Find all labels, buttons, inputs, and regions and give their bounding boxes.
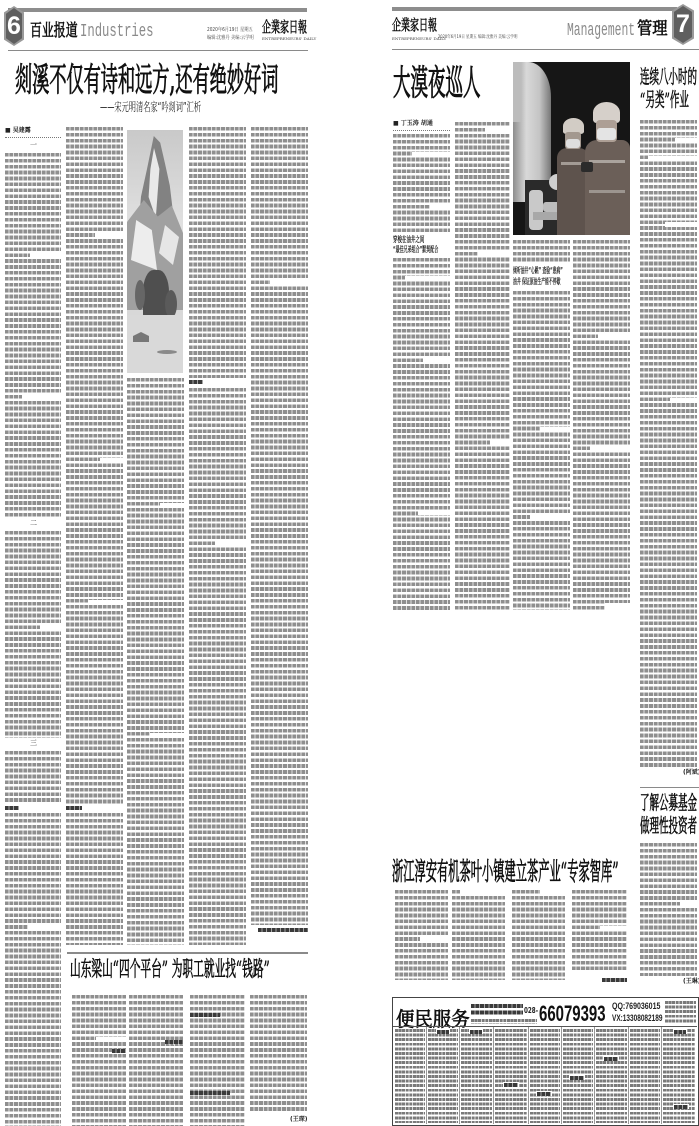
paragraph-end (530, 515, 570, 520)
bold-phrase (165, 1040, 183, 1045)
poet-subhead (66, 806, 82, 811)
bottom-article-headline: 山东梁山“四个平台” 为职工就业找“钱路” (70, 958, 270, 979)
article-text-column (452, 890, 505, 980)
masthead-logo: 企業家日報 (392, 18, 437, 33)
article-text-column (189, 388, 246, 945)
paragraph-end (540, 427, 570, 432)
classified-column (461, 1029, 492, 1123)
article-text-column (127, 378, 184, 945)
byline: ■ 丁玉涛 胡通 (393, 121, 433, 127)
side-article-credit: (阿斌) (683, 770, 699, 776)
section-title-en: Management (567, 22, 635, 40)
main-subheadline: ——宋元明清名家“吟剡词”汇析 (100, 101, 201, 113)
landscape-painting-image (127, 130, 183, 373)
byline-underline (5, 137, 61, 138)
classified-ad-box: 便民服务 028- 66079393 QQ:769036015 VX:13308… (392, 997, 699, 1126)
paragraph-end (590, 445, 630, 450)
classified-column (530, 1029, 560, 1123)
classified-column (428, 1029, 458, 1123)
paragraph-end (405, 276, 450, 281)
section-title-cn: 管理 (637, 21, 668, 38)
paragraph-end (160, 503, 184, 508)
article-text-column (189, 127, 246, 378)
article-text-column (66, 127, 123, 804)
section-marker-1: 一 (30, 142, 37, 149)
ad-phone-number: 66079393 (539, 1001, 606, 1027)
article-text-column (395, 890, 448, 980)
paragraph-end (460, 890, 505, 895)
page-6: 6 百业报道 Industries 2020年6月19日 星期五 编辑:沈雅丹 … (0, 0, 310, 1126)
paragraph-end (670, 398, 697, 403)
paragraph-end (675, 138, 697, 143)
article-text-column (5, 813, 61, 1126)
article-text-column (513, 240, 570, 262)
ad-side-text (665, 1001, 696, 1024)
section-title-cn: 百业报道 (30, 23, 78, 40)
article-text-column (513, 291, 570, 610)
page-number: 6 (7, 12, 21, 41)
fund-headline-line-1: 了解公募基金 (640, 794, 697, 813)
article-text-column (5, 751, 61, 804)
main-headline: 剡溪不仅有诗和远方,还有绝妙好词 (15, 63, 278, 96)
page-7: 7 企業家日報 ENTREPRENEURS' DAILY 2020年6月19日 … (390, 0, 699, 1126)
side-headline-line-2: “另类”作业 (640, 91, 689, 110)
bold-phrase (190, 1091, 230, 1096)
poet-subhead (189, 380, 203, 385)
paragraph-end (88, 600, 123, 605)
article-text-column (573, 240, 630, 610)
ad-qq: QQ:769036015 (612, 1001, 660, 1011)
paragraph-end (540, 890, 565, 895)
subhead: 穿梭在油井之间 (393, 236, 424, 244)
header-rule (392, 49, 699, 50)
article-text-column (5, 153, 61, 518)
masthead-en: ENTREPRENEURS' DAILY (262, 37, 316, 41)
paragraph-end (412, 152, 450, 157)
subhead: “最佳兄弟组合”默契配合 (393, 246, 438, 254)
page-number: 7 (676, 10, 690, 39)
paragraph-end (600, 926, 627, 931)
paragraph-end (40, 625, 61, 630)
header-band (392, 7, 677, 11)
side-headline-line-1: 连续八小时的 (640, 68, 697, 87)
article-text-column (72, 995, 126, 1126)
article-text-column (393, 134, 450, 232)
paragraph-end (648, 156, 697, 161)
article-text-column (129, 995, 183, 1126)
paragraph-end (96, 1037, 126, 1042)
paragraph-end (22, 395, 61, 400)
paragraph-end (680, 902, 697, 907)
paragraph-end (485, 128, 510, 133)
date-editor-line: 2020年6月19日 星期五 编辑:沈雅丹 美编:云学明 (438, 36, 518, 41)
classified-column (596, 1029, 627, 1123)
article-text-column (5, 531, 61, 738)
ad-address-text (471, 1019, 537, 1024)
classified-column (395, 1029, 425, 1123)
paragraph-end (100, 458, 123, 463)
classified-column (495, 1029, 527, 1123)
paragraph-end (598, 334, 630, 339)
bold-phrase (190, 1013, 220, 1018)
paragraph-end (95, 233, 123, 238)
main-headline: 大漠夜巡人 (393, 66, 481, 101)
article-text-column (640, 843, 697, 976)
section-marker-3: 三 (30, 740, 37, 747)
poet-subhead (5, 806, 19, 811)
byline: ■ 吴建露 (5, 128, 31, 134)
subhead: 油井 保证原油生产能不停歇 (513, 278, 560, 286)
paragraph-end (665, 222, 697, 227)
ad-header-rule (393, 1026, 697, 1027)
oil-workers-night-photo (513, 62, 630, 235)
editor-line: 编辑:沈雅丹 美编:云学明 (207, 36, 254, 41)
paragraph-end (430, 205, 450, 210)
article-text-column (512, 890, 565, 980)
date-line: 2020年6月19日 星期五 (207, 28, 253, 33)
fund-headline-line-2: 做理性投资者 (640, 817, 697, 836)
subhead: 倾听油井“心跳” 查验“患病” (513, 267, 563, 275)
article-text-column (250, 995, 307, 1113)
byline-underline (393, 130, 450, 131)
section-title-en: Industries (80, 23, 153, 41)
section-marker-2: 二 (30, 520, 37, 527)
ad-hotline-prefix: 028- (524, 1006, 538, 1015)
page-number-badge: 7 (672, 4, 694, 45)
article-text-column (66, 813, 123, 945)
classified-column (630, 1029, 660, 1123)
ad-wechat: VX:13308082189 (612, 1013, 662, 1023)
paragraph-end (28, 925, 61, 930)
paragraph-end (150, 733, 184, 738)
fund-article-credit: (王琳) (683, 979, 699, 985)
page-number-badge: 6 (4, 6, 24, 46)
bottom-article-rule (67, 952, 308, 954)
paragraph-end (605, 603, 630, 610)
ad-services-text (471, 1004, 523, 1017)
bottom-article-credit: (王琛) (290, 1117, 308, 1123)
paragraph-end (30, 253, 61, 258)
tea-article-credit (602, 978, 627, 983)
paragraph-end (420, 937, 448, 942)
paragraph-end (418, 510, 450, 515)
article-text-column (455, 122, 510, 610)
fund-article-rule (640, 787, 699, 788)
tea-article-headline: 浙江淳安有机茶叶小镇建立茶产业“专家智库” (392, 859, 619, 884)
masthead-logo: 企業家日報 (262, 20, 307, 35)
bold-phrase (112, 1049, 126, 1054)
paragraph-end (478, 252, 510, 257)
paragraph-end (270, 280, 308, 285)
article-text-column (251, 127, 308, 925)
paragraph-end (423, 358, 450, 363)
header-band (8, 8, 307, 12)
article-text-column (393, 258, 450, 610)
article-text-column (640, 120, 697, 768)
author-note (258, 928, 308, 933)
header-rule (8, 50, 308, 51)
paragraph-end (490, 440, 510, 445)
paragraph-end (215, 540, 246, 545)
